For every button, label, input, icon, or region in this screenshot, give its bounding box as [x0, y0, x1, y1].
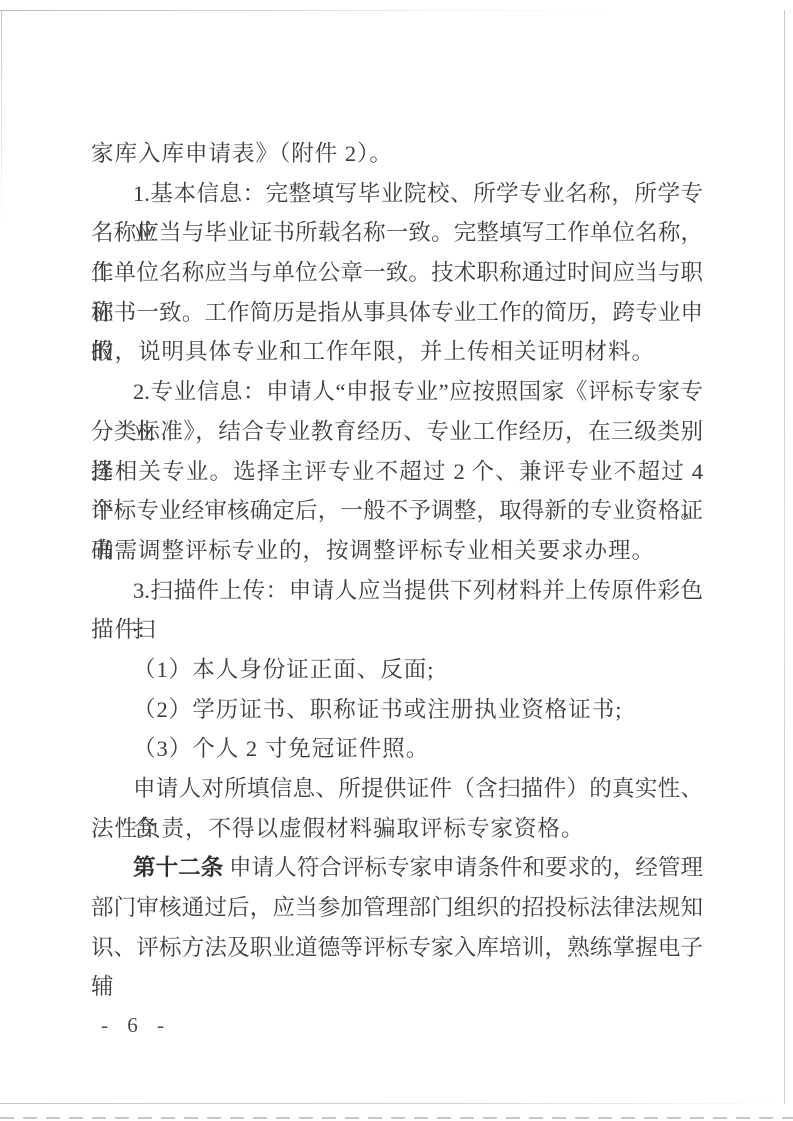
article-number: 第十二条 — [133, 855, 223, 880]
page-number: - 6 - — [101, 1010, 171, 1040]
article-text: 申请人符合评标专家申请条件和要求的，经管理 — [223, 855, 703, 880]
scan-edge-left-line — [1, 10, 2, 230]
scan-edge-top-line — [0, 10, 793, 11]
text-line: 2.专业信息：申请人“申报专业”应按照国家《评标专家专业 — [91, 372, 703, 412]
text-line: 名称应当与毕业证书所载名称一致。完整填写工作单位名称，工 — [91, 213, 703, 253]
document-page: { "document": { "lines": [ { "text": "家库… — [0, 0, 793, 1121]
text-line-list-item: （2）学历证书、职称证书或注册执业资格证书; — [91, 690, 703, 730]
text-line: 家库入库申请表》（附件 2）。 — [91, 134, 703, 174]
text-line: 作单位名称应当与单位公章一致。技术职称通过时间应当与职称 — [91, 253, 703, 293]
document-body-text: 家库入库申请表》（附件 2）。 1.基本信息：完整填写毕业院校、所学专业名称，所… — [91, 134, 703, 967]
text-line-list-item: （1）本人身份证正面、反面; — [91, 650, 703, 690]
text-line: 识、评标方法及职业道德等评标专家入库培训，熟练掌握电子辅 — [91, 928, 703, 968]
text-line: 择相关专业。选择主评专业不超过 2 个、兼评专业不超过 4 个。 — [91, 452, 703, 492]
text-line: 申请人对所填信息、所提供证件（含扫描件）的真实性、合 — [91, 769, 703, 809]
scan-edge-bottom-line — [0, 1103, 778, 1104]
text-line: 评标专业经审核确定后，一般不予调整，取得新的专业资格证书 — [91, 491, 703, 531]
text-line: 确需调整评标专业的，按调整评标专业相关要求办理。 — [91, 531, 703, 571]
scan-edge-right-line — [784, 10, 785, 1104]
text-line: 部门审核通过后，应当参加管理部门组织的招投标法律法规知 — [91, 888, 703, 928]
text-line: 1.基本信息：完整填写毕业院校、所学专业名称，所学专业 — [91, 174, 703, 214]
scan-edge-bottom-dashes — [0, 1117, 793, 1119]
text-line-list-item: （3）个人 2 寸免冠证件照。 — [91, 729, 703, 769]
text-line: 证书一致。工作简历是指从事具体专业工作的简历，跨专业申报 — [91, 293, 703, 333]
text-line: 的，说明具体专业和工作年限，并上传相关证明材料。 — [91, 332, 703, 372]
text-line: 法性负责，不得以虚假材料骗取评标专家资格。 — [91, 809, 703, 849]
text-line: 描件: — [91, 610, 703, 650]
text-line: 第十二条 申请人符合评标专家申请条件和要求的，经管理 — [91, 848, 703, 888]
text-line: 分类标准》，结合专业教育经历、专业工作经历，在三级类别选 — [91, 412, 703, 452]
text-line: 3.扫描件上传：申请人应当提供下列材料并上传原件彩色扫 — [91, 571, 703, 611]
